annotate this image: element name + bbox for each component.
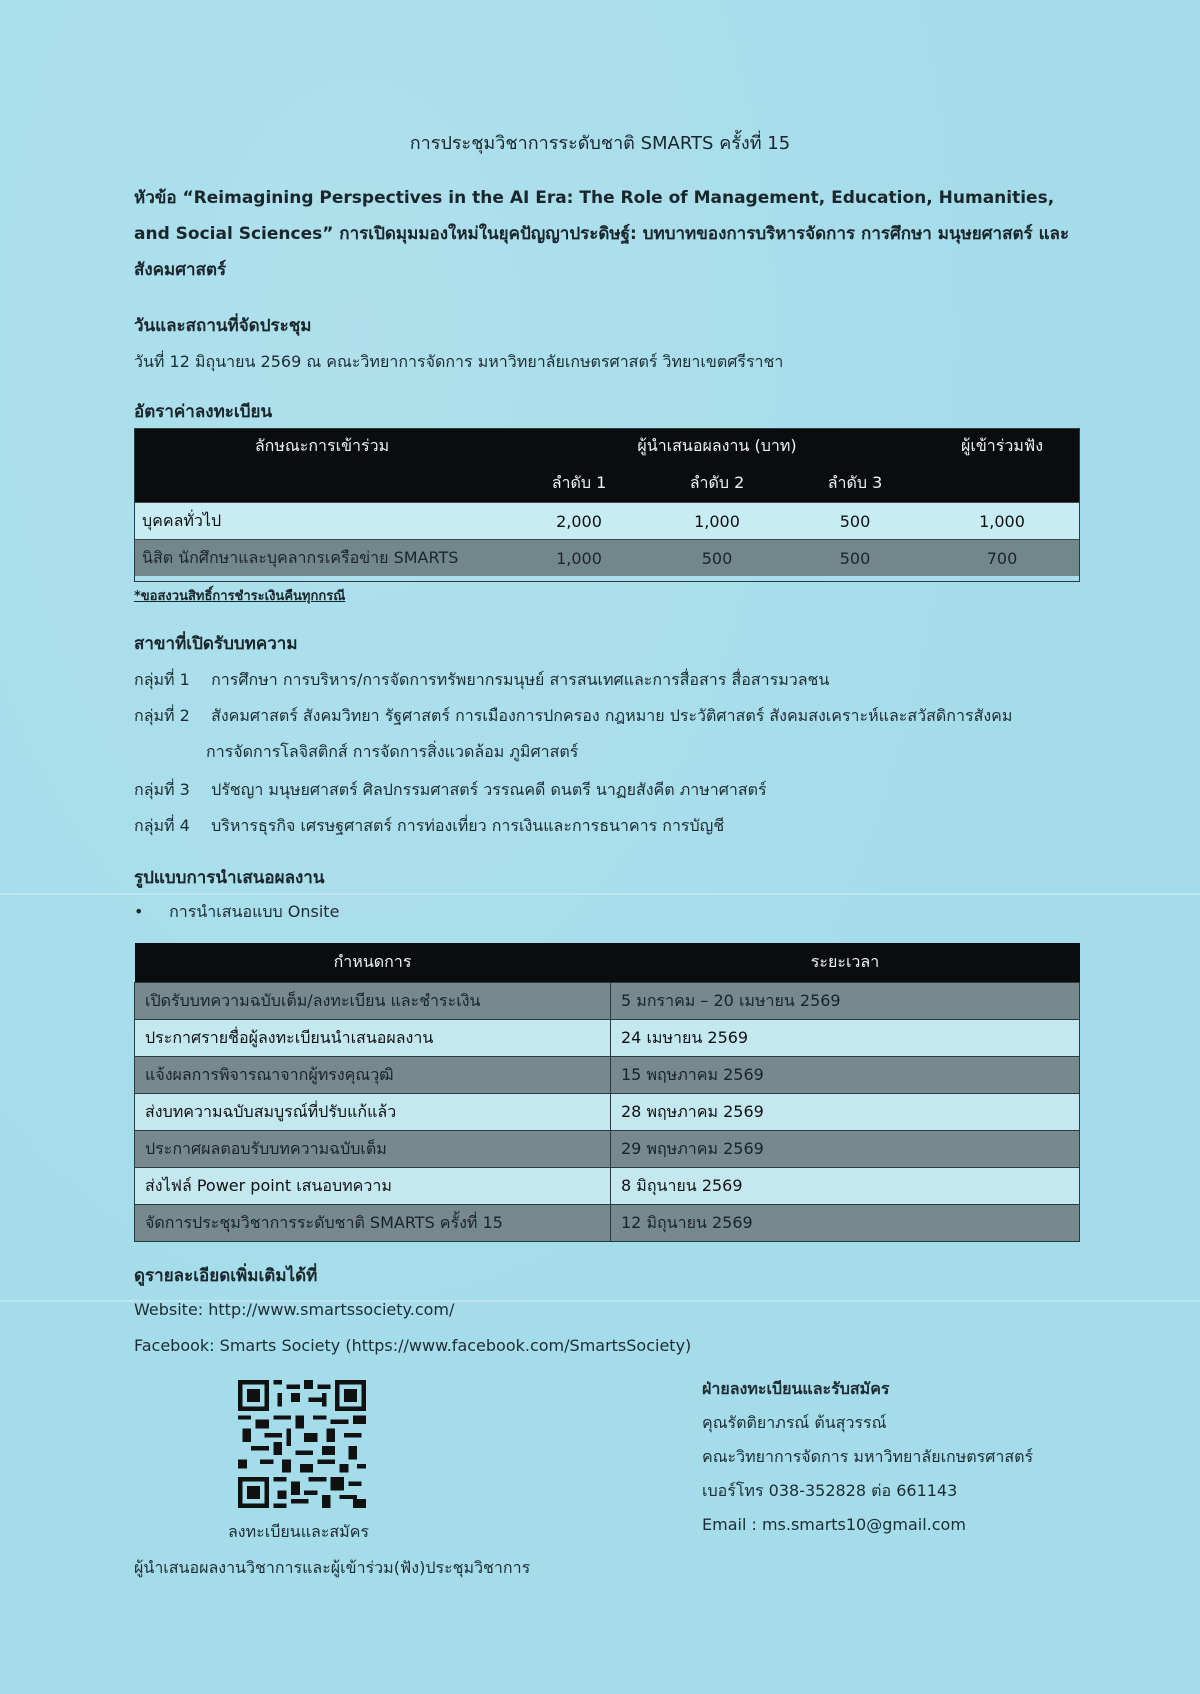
fee-rank3: 500 — [786, 503, 924, 540]
table-row: ประกาศผลตอบรับบทความฉบับเต็ม 29 พฤษภาคม … — [135, 1131, 1080, 1168]
schedule-event: ประกาศรายชื่อผู้ลงทะเบียนนำเสนอผลงาน — [135, 1020, 611, 1057]
field-group-text: การศึกษา การบริหาร/การจัดการทรัพยากรมนุษ… — [211, 670, 829, 689]
field-group-label: กลุ่มที่ 4 — [134, 814, 206, 839]
schedule-period: 12 มิถุนายน 2569 — [611, 1205, 1080, 1242]
field-group-text: การจัดการโลจิสติกส์ การจัดการสิ่งแวดล้อม… — [206, 742, 578, 761]
fee-rank2: 500 — [648, 540, 786, 577]
schedule-period: 15 พฤษภาคม 2569 — [611, 1057, 1080, 1094]
table-row: จัดการประชุมวิชาการระดับชาติ SMARTS ครั้… — [135, 1205, 1080, 1242]
field-group: กลุ่มที่ 1 การศึกษา การบริหาร/การจัดการท… — [134, 668, 829, 693]
table-row: เปิดรับบทความฉบับเต็ม/ลงทะเบียน และชำระเ… — [135, 983, 1080, 1020]
schedule-period: 29 พฤษภาคม 2569 — [611, 1131, 1080, 1168]
table-row: บุคคลทั่วไป 2,000 1,000 500 1,000 — [134, 503, 1080, 540]
schedule-period: 28 พฤษภาคม 2569 — [611, 1094, 1080, 1131]
page-title: การประชุมวิชาการระดับชาติ SMARTS ครั้งที… — [0, 128, 1200, 157]
field-group: กลุ่มที่ 2 สังคมศาสตร์ สังคมวิทยา รัฐศาส… — [134, 704, 1012, 729]
table-row: แจ้งผลการพิจารณาจากผู้ทรงคุณวุฒิ 15 พฤษภ… — [135, 1057, 1080, 1094]
schedule-period: 5 มกราคม – 20 เมษายน 2569 — [611, 983, 1080, 1020]
field-group: กลุ่มที่ 3 ปรัชญา มนุษยศาสตร์ ศิลปกรรมศา… — [134, 778, 767, 803]
qr-caption: ลงทะเบียนและสมัคร — [228, 1520, 369, 1545]
conference-topic: หัวข้อ “Reimagining Perspectives in the … — [134, 180, 1094, 288]
contact-name: คุณรัตติยาภรณ์ ต้นสุวรรณ์ — [702, 1406, 1033, 1440]
field-group-label: กลุ่มที่ 1 — [134, 668, 206, 693]
header-rank1: ลำดับ 1 — [510, 465, 648, 503]
schedule-event: ส่งบทความฉบับสมบูรณ์ที่ปรับแก้แล้ว — [135, 1094, 611, 1131]
header-presenter: ผู้นำเสนอผลงาน (บาท) — [510, 428, 924, 465]
fee-listener: 700 — [924, 540, 1080, 577]
header-listener: ผู้เข้าร่วมฟัง — [924, 428, 1080, 465]
fee-listener: 1,000 — [924, 503, 1080, 540]
schedule-period: 8 มิถุนายน 2569 — [611, 1168, 1080, 1205]
header-empty — [134, 465, 510, 503]
header-participation-type: ลักษณะการเข้าร่วม — [134, 428, 510, 465]
venue-text: วันที่ 12 มิถุนายน 2569 ณ คณะวิทยาการจัด… — [134, 350, 783, 375]
contact-block: ฝ่ายลงทะเบียนและรับสมัคร คุณรัตติยาภรณ์ … — [702, 1372, 1033, 1542]
refund-note: *ขอสงวนสิทธิ์การชำระเงินคืนทุกกรณี — [134, 585, 345, 606]
fee-rank1: 1,000 — [510, 540, 648, 577]
schedule-table: กำหนดการ ระยะเวลา เปิดรับบทความฉบับเต็ม/… — [134, 943, 1080, 1242]
table-row: นิสิต นักศึกษาและบุคลากรเครือข่าย SMARTS… — [134, 540, 1080, 577]
field-group-text: ปรัชญา มนุษยศาสตร์ ศิลปกรรมศาสตร์ วรรณคด… — [211, 780, 767, 799]
field-group-label: กลุ่มที่ 3 — [134, 778, 206, 803]
header-rank3: ลำดับ 3 — [786, 465, 924, 503]
header-empty — [924, 465, 1080, 503]
schedule-event: เปิดรับบทความฉบับเต็ม/ลงทะเบียน และชำระเ… — [135, 983, 611, 1020]
fee-rank1: 2,000 — [510, 503, 648, 540]
contact-heading: ฝ่ายลงทะเบียนและรับสมัคร — [702, 1372, 1033, 1406]
facebook-link[interactable]: Facebook: Smarts Society (https://www.fa… — [134, 1336, 691, 1355]
schedule-event: จัดการประชุมวิชาการระดับชาติ SMARTS ครั้… — [135, 1205, 611, 1242]
schedule-event: แจ้งผลการพิจารณาจากผู้ทรงคุณวุฒิ — [135, 1057, 611, 1094]
header-period: ระยะเวลา — [611, 943, 1080, 983]
qr-code-icon[interactable] — [238, 1380, 366, 1508]
schedule-period: 24 เมษายน 2569 — [611, 1020, 1080, 1057]
table-row: ส่งบทความฉบับสมบูรณ์ที่ปรับแก้แล้ว 28 พฤ… — [135, 1094, 1080, 1131]
paper-fold — [0, 893, 1200, 895]
fee-rank2: 1,000 — [648, 503, 786, 540]
fee-rank3: 500 — [786, 540, 924, 577]
bullet-icon: • — [134, 902, 164, 921]
contact-phone: เบอร์โทร 038-352828 ต่อ 661143 — [702, 1474, 1033, 1508]
header-event: กำหนดการ — [135, 943, 611, 983]
fee-type: บุคคลทั่วไป — [134, 503, 510, 540]
registration-fee-table: ลักษณะการเข้าร่วม ผู้นำเสนอผลงาน (บาท) ผ… — [134, 428, 1080, 576]
website-link[interactable]: Website: http://www.smartssociety.com/ — [134, 1300, 454, 1319]
fees-heading: อัตราค่าลงทะเบียน — [134, 398, 272, 425]
field-group-continued: การจัดการโลจิสติกส์ การจัดการสิ่งแวดล้อม… — [206, 740, 578, 765]
more-info-heading: ดูรายละเอียดเพิ่มเติมได้ที่ — [134, 1262, 317, 1289]
contact-email[interactable]: Email : ms.smarts10@gmail.com — [702, 1508, 1033, 1542]
format-heading: รูปแบบการนำเสนอผลงาน — [134, 864, 324, 891]
table-row: ประกาศรายชื่อผู้ลงทะเบียนนำเสนอผลงาน 24 … — [135, 1020, 1080, 1057]
field-group-text: สังคมศาสตร์ สังคมวิทยา รัฐศาสตร์ การเมือ… — [211, 706, 1012, 725]
schedule-header-row: กำหนดการ ระยะเวลา — [135, 943, 1080, 983]
schedule-event: ประกาศผลตอบรับบทความฉบับเต็ม — [135, 1131, 611, 1168]
field-group-label: กลุ่มที่ 2 — [134, 704, 206, 729]
contact-org: คณะวิทยาการจัดการ มหาวิทยาลัยเกษตรศาสตร์ — [702, 1440, 1033, 1474]
schedule-event: ส่งไฟล์ Power point เสนอบทความ — [135, 1168, 611, 1205]
flyer-page: การประชุมวิชาการระดับชาติ SMARTS ครั้งที… — [0, 0, 1200, 1694]
format-item-text: การนำเสนอแบบ Onsite — [169, 902, 339, 921]
fee-subheader-row: ลำดับ 1 ลำดับ 2 ลำดับ 3 — [134, 465, 1080, 503]
field-group: กลุ่มที่ 4 บริหารธุรกิจ เศรษฐศาสตร์ การท… — [134, 814, 724, 839]
qr-subcaption: ผู้นำเสนอผลงานวิชาการและผู้เข้าร่วม(ฟัง)… — [134, 1556, 530, 1581]
fee-header-row: ลักษณะการเข้าร่วม ผู้นำเสนอผลงาน (บาท) ผ… — [134, 428, 1080, 465]
table-row: ส่งไฟล์ Power point เสนอบทความ 8 มิถุนาย… — [135, 1168, 1080, 1205]
fee-type: นิสิต นักศึกษาและบุคลากรเครือข่าย SMARTS — [134, 540, 510, 577]
format-item: • การนำเสนอแบบ Onsite — [134, 900, 339, 925]
venue-heading: วันและสถานที่จัดประชุม — [134, 312, 312, 339]
field-group-text: บริหารธุรกิจ เศรษฐศาสตร์ การท่องเที่ยว ก… — [211, 816, 724, 835]
fields-heading: สาขาที่เปิดรับบทความ — [134, 630, 298, 657]
header-rank2: ลำดับ 2 — [648, 465, 786, 503]
